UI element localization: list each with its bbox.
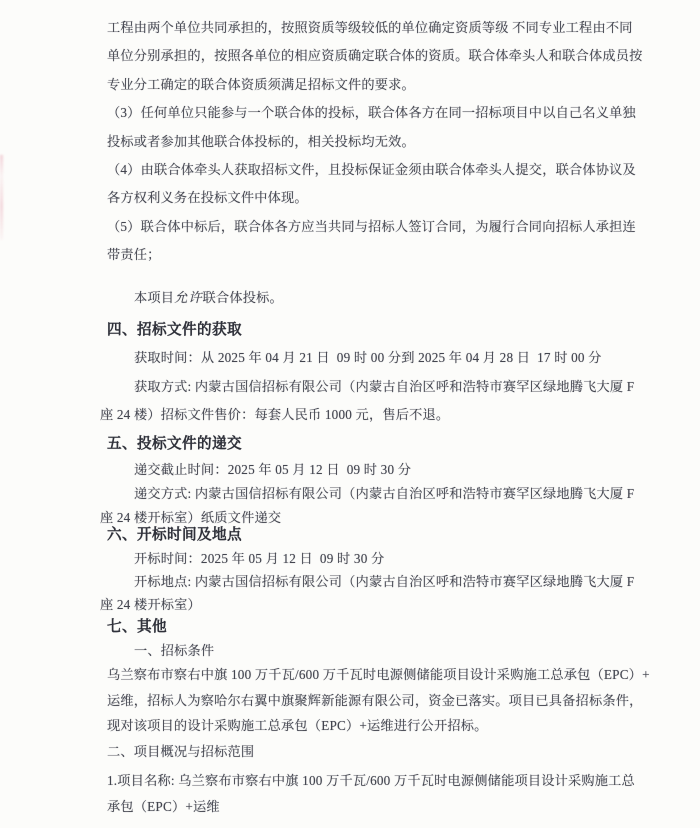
tender-conditions-line: 乌兰察布市察右中旗 100 万千瓦/600 万千瓦时电源侧储能项目设计采购施工总… [107,662,627,688]
project-name-line: 承包（EPC）+运维 [107,794,627,820]
list-item-5-line: 带责任； [107,241,627,269]
paragraph-line: 工程由两个单位共同承担的，按照资质等级较低的单位确定资质等级 不同专业工程由不同 [107,14,627,42]
submit-method-line: 递交方式: 内蒙古国信招标有限公司（内蒙古自治区呼和浩特市赛罕区绿地腾飞大厦 F [107,482,627,506]
scan-edge-artifact [0,155,3,240]
tender-conditions-line: 现对该项目的设计采购施工总承包（EPC）+运维进行公开招标。 [107,713,627,739]
document-body: 工程由两个单位共同承担的，按照资质等级较低的单位确定资质等级 不同专业工程由不同… [107,14,627,819]
list-item-4-line: 各方权利义务在投标文件中体现。 [107,184,627,212]
opening-place-line: 座 24 楼开标室） [100,593,627,616]
statement-suffix: 联合体投标。 [203,290,283,305]
tender-conditions-line: 运维，招标人为察哈尔右翼中旗聚辉新能源有限公司，资金已落实。项目已具备招标条件， [107,688,627,714]
opening-time-line: 开标时间：2025 年 05 月 12 日 09 时 30 分 [107,547,627,570]
scanned-document-page: 工程由两个单位共同承担的，按照资质等级较低的单位确定资质等级 不同专业工程由不同… [0,0,700,828]
allow-consortium-statement: 本项目允许联合体投标。 [107,284,627,312]
statement-prefix: 本项目 [134,290,174,305]
paragraph-line: 专业分工确定的联合体资质须满足招标文件的要求。 [107,71,627,99]
acquire-method-line: 座 24 楼）招标文件售价：每套人民币 1000 元，售后不退。 [100,401,627,429]
section-heading-6: 六、开标时间及地点 [107,524,627,547]
paragraph-line: 单位分别承担的，按照各单位的相应资质确定联合体的资质。联合体牵头人和联合体成员按 [107,42,627,70]
section-heading-4: 四、招标文件的获取 [107,316,627,344]
subheading-project-overview: 二、项目概况与招标范围 [107,739,627,765]
list-item-4-line: （4）由联合体牵头人获取招标文件，且投标保证金须由联合体牵头人提交，联合体协议及 [107,156,627,184]
list-item-3-line: 投标或者参加其他联合体投标的，相关投标均无效。 [107,128,627,156]
subheading-tender-conditions: 一、招标条件 [107,639,627,662]
acquire-time-line: 获取时间：从 2025 年 04 月 21 日 09 时 00 分到 2025 … [107,344,627,372]
section-heading-5: 五、投标文件的递交 [107,430,627,458]
acquire-method-line: 获取方式: 内蒙古国信招标有限公司（内蒙古自治区呼和浩特市赛罕区绿地腾飞大厦 F [107,373,627,401]
submit-deadline-line: 递交截止时间：2025 年 05 月 12 日 09 时 30 分 [107,458,627,482]
list-item-3-line: （3）任何单位只能参与一个联合体的投标，联合体各方在同一招标项目中以自己名义单独 [107,99,627,127]
opening-place-line: 开标地点: 内蒙古国信招标有限公司（内蒙古自治区呼和浩特市赛罕区绿地腾飞大厦 F [107,570,627,593]
statement-emphasis: 允许 [174,290,202,305]
project-name-line: 1.项目名称: 乌兰察布市察右中旗 100 万千瓦/600 万千瓦时电源侧储能项… [107,768,627,794]
section-heading-7: 七、其他 [107,616,627,639]
list-item-5-line: （5）联合体中标后，联合体各方应当共同与招标人签订合同，为履行合同向招标人承担连 [107,213,627,241]
